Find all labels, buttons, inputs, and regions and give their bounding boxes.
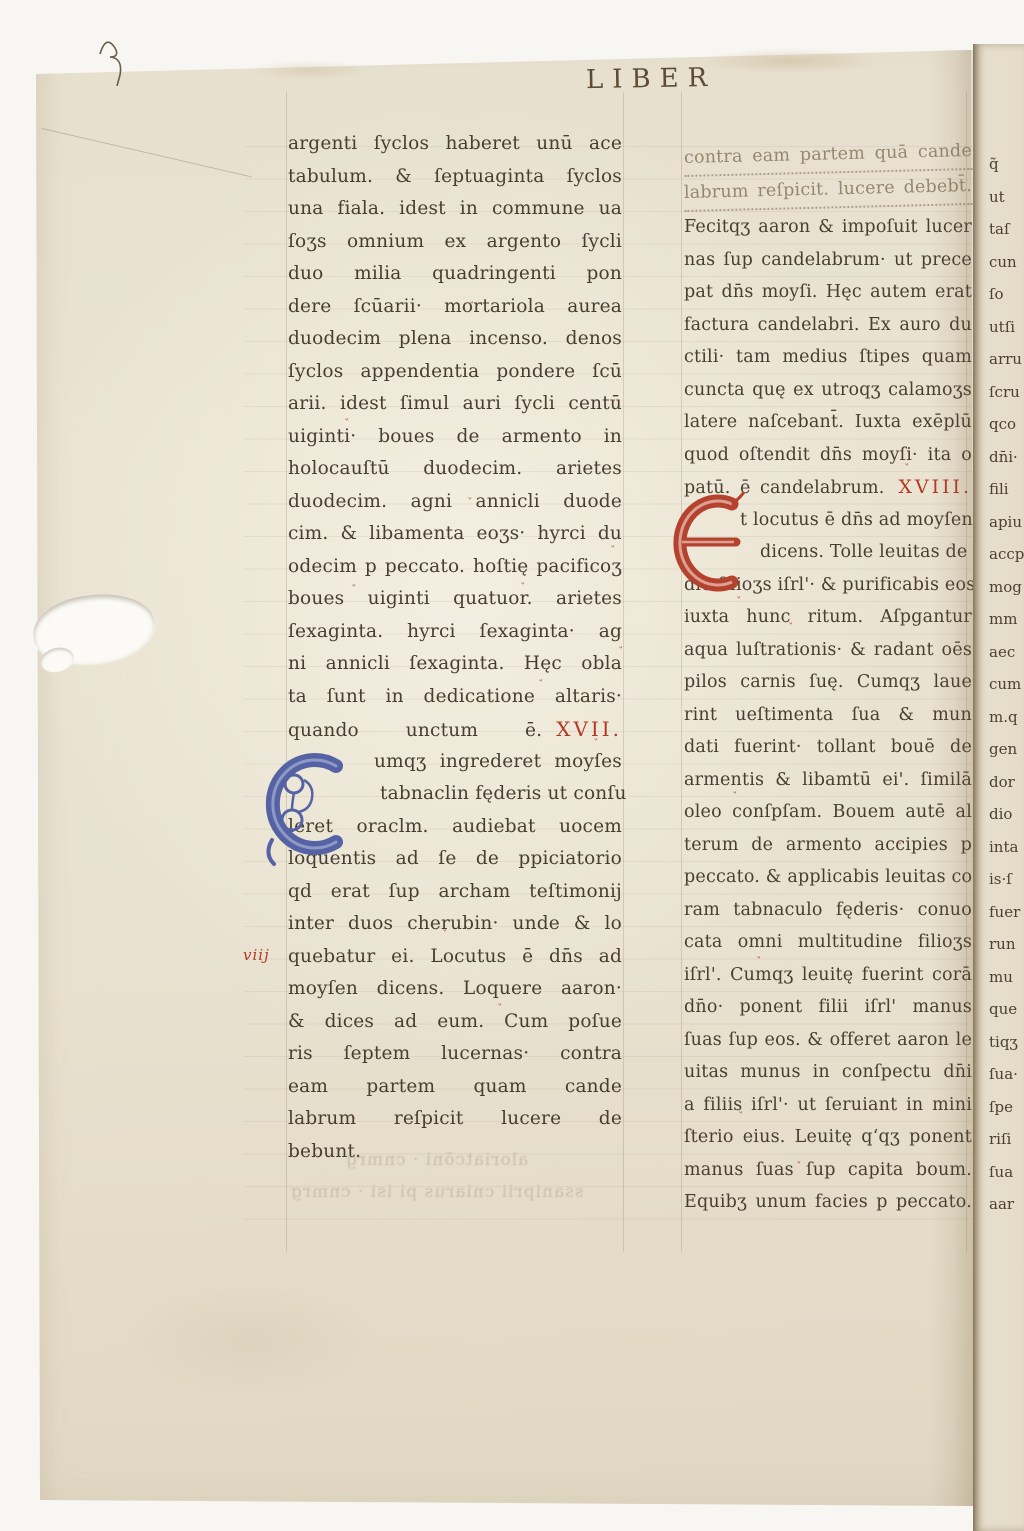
- text-line: ſterio eius. Leuitę qʻqʒ ponent: [684, 1121, 972, 1154]
- text-line: iſrl'. Cumqʒ leuitę fuerint corā: [684, 959, 972, 992]
- edge-text-fragment: taſ: [989, 213, 1024, 246]
- text-line: ſexaginta. hyrci ſexaginta· ag: [288, 616, 622, 649]
- text-line: latere naſcebant̄. Iuxta exēplū: [684, 406, 972, 439]
- line-text: qd erat ſup archam teſtimonij: [288, 881, 622, 902]
- line-text: oleo conſpſam. Bouem autē al: [684, 802, 972, 822]
- vertical-ruling: [623, 92, 624, 1252]
- line-text: tabulum. & ſeptuaginta ſyclos: [288, 166, 622, 187]
- edge-text-fragment: ſua: [989, 1156, 1024, 1189]
- line-text: terum de armento accipies p: [684, 835, 972, 855]
- line-text: iſrl'. Cumqʒ leuitę fuerint corā: [684, 965, 972, 985]
- showthrough-line: aloriatcōni · cnmrg: [345, 1150, 528, 1170]
- line-text: duodecim. agni annicli duode: [288, 491, 622, 512]
- line-text: holocauſtū duodecim. arietes: [288, 458, 622, 479]
- line-text: cata omni multitudine filioʒs: [684, 932, 972, 952]
- text-line: odecim p peccato. hoſtię pacificoʒ: [288, 551, 622, 584]
- line-text: ctili· tam medius ſtipes quam: [684, 347, 972, 367]
- line-text: aqua luſtrationis· & radant oēs: [684, 640, 972, 660]
- edge-text-fragment: dio: [989, 798, 1024, 831]
- text-line: nas ſup candelabrum· ut prece: [684, 244, 972, 277]
- edge-text-fragment: gen: [989, 733, 1024, 766]
- line-text: inter duos cherubin· unde & lo: [288, 913, 622, 934]
- line-text: ſyclos appendentia pondere ſcū: [288, 361, 622, 382]
- edge-text-fragment: tiqʒ: [989, 1026, 1024, 1059]
- text-line: una fiala. idest in commune ua: [288, 193, 622, 226]
- edge-text-fragment: fuer: [989, 896, 1024, 929]
- line-text: eam partem quam cande: [288, 1076, 622, 1097]
- edge-text-fragment: is·ſ: [989, 863, 1024, 896]
- edge-text-fragment: fili: [989, 473, 1024, 506]
- edge-text-fragment: riſi: [989, 1123, 1024, 1156]
- text-line: ctili· tam medius ſtipes quam: [684, 341, 972, 374]
- vertical-ruling: [286, 92, 287, 1252]
- line-text: quod oſtendit dn̄s moyſi· ita o: [684, 445, 972, 465]
- line-text: pat dn̄s moyſi. Hęc autem erat: [684, 282, 972, 302]
- line-text: factura candelabri. Ex auro du: [684, 315, 972, 335]
- line-text: ſuas ſup eos. & offeret aaron le: [684, 1030, 972, 1050]
- line-text: ni annicli ſexaginta. Hęc obla: [288, 653, 622, 674]
- text-line: ſoʒs omnium ex argento ſycli: [288, 226, 622, 259]
- vertical-ruling: [681, 92, 682, 1252]
- line-text: umqʒ ingrederet moyſes: [374, 751, 622, 772]
- line-text: labrum reſpicit lucere de: [288, 1108, 622, 1129]
- text-line: tabnaclin fęderis ut conſu: [380, 778, 622, 811]
- line-text: ſexaginta. hyrci ſexaginta· ag: [288, 621, 622, 642]
- text-line: holocauſtū duodecim. arietes: [288, 453, 622, 486]
- text-line: oleo conſpſam. Bouem autē al: [684, 796, 972, 829]
- edge-text-fragment: inta: [989, 831, 1024, 864]
- text-line: quod oſtendit dn̄s moyſi· ita o: [684, 439, 972, 472]
- edge-text-fragment: ſpe: [989, 1091, 1024, 1124]
- edge-text-fragment: ſua·: [989, 1058, 1024, 1091]
- line-text: Fecitqʒ aaron & impoſuit lucer: [684, 217, 972, 237]
- line-text: labrum reſpicit. lucere debebt̄.: [684, 175, 972, 202]
- text-line: quando unctum ē.XVII.: [288, 713, 622, 746]
- running-header: LIBER: [586, 63, 717, 95]
- edge-text-fragment: mm: [989, 603, 1024, 636]
- edge-text-fragment: mu: [989, 961, 1024, 994]
- edge-text-fragment: mog: [989, 571, 1024, 604]
- line-text: ram tabnaculo fęderis· conuo: [684, 900, 972, 920]
- edge-text-fragment: arru: [989, 343, 1024, 376]
- line-text: boues uiginti quatuor. arietes: [288, 588, 622, 609]
- line-text: tabnaclin fęderis ut conſu: [380, 783, 627, 804]
- text-line: ta ſunt in dedicatione altaris·: [288, 681, 622, 714]
- text-line: ram tabnaculo fęderis· conuo: [684, 894, 972, 927]
- text-line: labrum reſpicit lucere de: [288, 1103, 622, 1136]
- line-text: dn̄o· ponent filii iſrl' manus: [684, 997, 972, 1017]
- text-line: quebatur ei. Locutus ē dn̄s ad: [288, 941, 622, 974]
- edge-text-fragment: que: [989, 993, 1024, 1026]
- text-line: & dices ad eum. Cum poſue: [288, 1006, 622, 1039]
- text-line: cim. & libamenta eoʒs· hyrci du: [288, 518, 622, 551]
- line-text: a filiis iſrl'· ut ſeruiant in mini: [684, 1095, 972, 1115]
- text-line: duodecim. agni annicli duode: [288, 486, 622, 519]
- text-line: pat dn̄s moyſi. Hęc autem erat: [684, 276, 972, 309]
- edge-text-fragment: apiu: [989, 506, 1024, 539]
- text-line: duo milia quadringenti pon: [288, 258, 622, 291]
- initial-C-decorated: [248, 744, 352, 866]
- line-text: dere ſcūarii· mortariola aurea: [288, 296, 622, 317]
- text-line: moyſen dicens. Loquere aaron·: [288, 973, 622, 1006]
- margin-verse-number: viij: [243, 946, 270, 964]
- text-line: dere ſcūarii· mortariola aurea: [288, 291, 622, 324]
- line-text: ſoʒs omnium ex argento ſycli: [288, 231, 622, 252]
- line-text: manus ſuas ſup capita boum.: [684, 1160, 972, 1180]
- manuscript-photo: { "photo": { "backdrop_color": "#f7f6f2"…: [0, 0, 1024, 1531]
- line-text: latere naſcebant̄. Iuxta exēplū: [684, 412, 972, 432]
- line-text: contra eam partem quā cande: [684, 141, 972, 168]
- text-line: iuxta hunc ritum. Aſpgantur: [684, 601, 972, 634]
- text-line: Fecitqʒ aaron & impoſuit lucer: [684, 211, 972, 244]
- edge-text-fragment: ſcru: [989, 376, 1024, 409]
- text-line: eam partem quam cande: [288, 1071, 622, 1104]
- edge-text-fragment: ut: [989, 181, 1024, 214]
- line-text: cim. & libamenta eoʒs· hyrci du: [288, 523, 622, 544]
- line-text: dati fuerint· tollant bouē de: [684, 737, 972, 757]
- edge-text-fragment: cum: [989, 668, 1024, 701]
- text-line: qd erat ſup archam teſtimonij: [288, 876, 622, 909]
- text-line: tabulum. & ſeptuaginta ſyclos: [288, 161, 622, 194]
- edge-text-fragment: aec: [989, 636, 1024, 669]
- text-line: uitas munus in conſpectu dn̄i: [684, 1056, 972, 1089]
- line-text: odecim p peccato. hoſtię pacificoʒ: [288, 556, 622, 577]
- line-text: Equibʒ unum facies p peccato.: [684, 1192, 972, 1212]
- text-line: Equibʒ unum facies p peccato.: [684, 1186, 972, 1219]
- edge-text-fragment: dn̄i·: [989, 441, 1024, 474]
- text-line: a filiis iſrl'· ut ſeruiant in mini: [684, 1089, 972, 1122]
- text-line: manus ſuas ſup capita boum.: [684, 1154, 972, 1187]
- text-line: armentis & libamtū ei'. ſimilā: [684, 764, 972, 797]
- edge-text-fragment: q̃: [989, 148, 1024, 181]
- line-text: armentis & libamtū ei'. ſimilā: [684, 770, 972, 790]
- edge-text-fragment: utſi: [989, 311, 1024, 344]
- line-text: uitas munus in conſpectu dn̄i: [684, 1062, 972, 1082]
- line-text: duodecim plena incenso. denos: [288, 328, 622, 349]
- text-line: cuncta quę ex utroqʒ calamoʒs: [684, 374, 972, 407]
- edge-text-fragment: aar: [989, 1188, 1024, 1221]
- chapter-number-rubric: XVII.: [556, 717, 622, 741]
- line-text: pilos carnis ſuę. Cumqʒ laue: [684, 672, 972, 692]
- next-folio-text-fragments: q̃uttaſcunſoutſiarruſcruqcodn̄i·filiapiu…: [989, 148, 1024, 1221]
- next-folio-edge: q̃uttaſcunſoutſiarruſcruqcodn̄i·filiapiu…: [973, 44, 1024, 1531]
- text-line: dati fuerint· tollant bouē de: [684, 731, 972, 764]
- text-line: factura candelabri. Ex auro du: [684, 309, 972, 342]
- line-text: argenti ſyclos haberet unū ace: [288, 133, 622, 154]
- edge-text-fragment: dor: [989, 766, 1024, 799]
- text-line: ris ſeptem lucernas· contra: [288, 1038, 622, 1071]
- showthrough-line: ssaniprii cniarus pi isi · cnmrg: [290, 1182, 584, 1202]
- text-line: boues uiginti quatuor. arietes: [288, 583, 622, 616]
- line-text: rint ueſtimenta ſua & mun: [684, 705, 972, 725]
- line-text: & dices ad eum. Cum poſue: [288, 1011, 622, 1032]
- text-line: ſyclos appendentia pondere ſcū: [288, 356, 622, 389]
- edge-text-fragment: qco: [989, 408, 1024, 441]
- text-line: umqʒ ingrederet moyſes: [374, 746, 622, 779]
- text-line: pilos carnis ſuę. Cumqʒ laue: [684, 666, 972, 699]
- text-column-left: argenti ſyclos haberet unū acetabulum. &…: [288, 128, 622, 1168]
- line-text: ris ſeptem lucernas· contra: [288, 1043, 622, 1064]
- edge-text-fragment: run: [989, 928, 1024, 961]
- initial-E-decorated: [652, 486, 750, 602]
- text-line: dn̄o· ponent filii iſrl' manus: [684, 991, 972, 1024]
- text-line: cata omni multitudine filioʒs: [684, 926, 972, 959]
- text-line: peccato. & applicabis leuitas co: [684, 861, 972, 894]
- text-line: duodecim plena incenso. denos: [288, 323, 622, 356]
- pen-mark: [92, 28, 138, 86]
- line-text: nas ſup candelabrum· ut prece: [684, 250, 972, 270]
- text-line: ni annicli ſexaginta. Hęc obla: [288, 648, 622, 681]
- edge-text-fragment: accp: [989, 538, 1024, 571]
- line-text: cuncta quę ex utroqʒ calamoʒs: [684, 380, 972, 400]
- line-text: uiginti· boues de armento in: [288, 426, 622, 447]
- line-text: iuxta hunc ritum. Aſpgantur: [684, 607, 972, 627]
- line-text: quebatur ei. Locutus ē dn̄s ad: [288, 946, 622, 967]
- edge-text-fragment: ſo: [989, 278, 1024, 311]
- line-text: quando unctum ē.: [288, 720, 542, 741]
- line-text: ta ſunt in dedicatione altaris·: [288, 686, 622, 707]
- edge-text-fragment: cun: [989, 246, 1024, 279]
- text-line: aqua luſtrationis· & radant oēs: [684, 634, 972, 667]
- line-text: arii. idest ſimul auri ſycli centū: [288, 393, 622, 414]
- line-text: moyſen dicens. Loquere aaron·: [288, 978, 622, 999]
- text-line: arii. idest ſimul auri ſycli centū: [288, 388, 622, 421]
- text-line: terum de armento accipies p: [684, 829, 972, 862]
- text-line: ſuas ſup eos. & offeret aaron le: [684, 1024, 972, 1057]
- text-line: uiginti· boues de armento in: [288, 421, 622, 454]
- edge-text-fragment: m.q: [989, 701, 1024, 734]
- gutter-shadow: [930, 50, 974, 1506]
- line-text: una fiala. idest in commune ua: [288, 198, 622, 219]
- text-line: rint ueſtimenta ſua & mun: [684, 699, 972, 732]
- line-text: duo milia quadringenti pon: [288, 263, 622, 284]
- text-column-right: contra eam partem quā candelabrum reſpic…: [684, 142, 972, 1219]
- line-text: ſterio eius. Leuitę qʻqʒ ponent: [684, 1127, 972, 1147]
- text-line: argenti ſyclos haberet unū ace: [288, 128, 622, 161]
- text-line: inter duos cherubin· unde & lo: [288, 908, 622, 941]
